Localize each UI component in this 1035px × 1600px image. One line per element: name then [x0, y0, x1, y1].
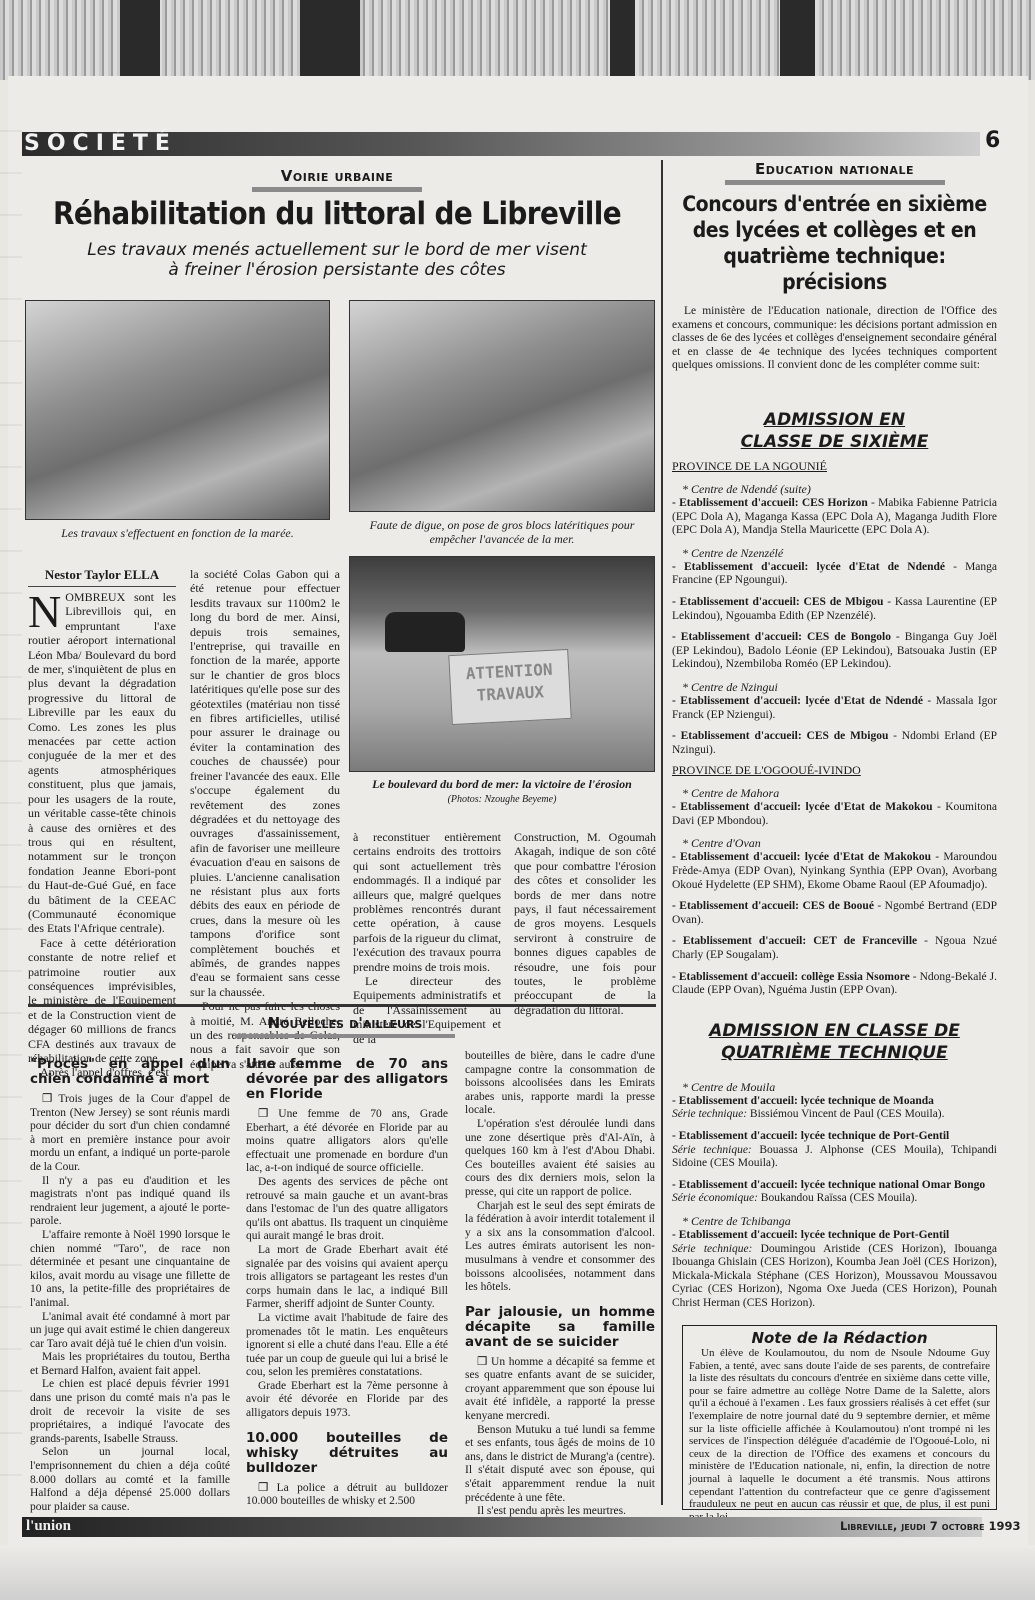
photo-credit: (Photos: Nzoughe Beyeme) [349, 793, 655, 807]
province-heading: PROVINCE DE L'OGOOUÉ-IVINDO [672, 763, 997, 778]
photo-excavator-shore [25, 300, 330, 520]
paragraph: La victime avait l'habitude de faire des… [246, 1312, 448, 1380]
paragraph: Des agents des services de pêche ont ret… [246, 1176, 448, 1244]
admission-entry: - Etablissement d'accueil: lycée techniq… [672, 1229, 997, 1311]
news-headline: "Procès" en appel d'un chien condamné à … [30, 1057, 230, 1087]
section-label: SOCIÉTÉ [24, 131, 177, 156]
paragraph: L'affaire remonte à Noël 1990 lorsque le… [30, 1229, 230, 1311]
warning-sign: ATTENTION TRAVAUX [448, 649, 571, 725]
news-whisky-and-kenya: bouteilles de bière, dans le cadre d'une… [465, 1050, 655, 1519]
centre-heading: * Centre de Ndendé (suite) [672, 482, 997, 497]
deck-line: Les travaux menés actuellement sur le bo… [22, 240, 652, 260]
title-line: ADMISSION EN [672, 409, 997, 431]
title-line: ADMISSION EN CLASSE DE [672, 1020, 997, 1042]
photo-caption: Faute de digue, on pose de gros blocs la… [349, 518, 655, 546]
etablissement-label: - Etablissement d'accueil: lycée d'Etat … [672, 851, 931, 863]
paragraph: Face à cette détérioration constante de … [28, 936, 176, 1066]
paragraph: la société Colas Gabon qui a été retenue… [190, 567, 340, 999]
nouvelles-header: Nouvelles d'ailleurs [235, 1014, 455, 1038]
photo-laterite-blocks [349, 300, 655, 512]
centre-heading: * Centre de Mouila [672, 1080, 997, 1095]
etablissement-label: - Etablissement d'accueil: lycée techniq… [672, 1095, 934, 1107]
deck-line: à freiner l'érosion persistante des côte… [22, 260, 652, 280]
paragraph: Mais les propriétaires du toutou, Bertha… [30, 1351, 230, 1378]
education-headline: Concours d'entrée en sixième des lycées … [672, 191, 997, 295]
admission-entry: - Etablissement d'accueil: CES de Mbigou… [672, 596, 997, 623]
admission-entry: - Etablissement d'accueil: lycée techniq… [672, 1095, 997, 1122]
etablissement-label: - Etablissement d'accueil: lycée d'Etat … [672, 801, 933, 813]
sixieme-title: ADMISSION EN CLASSE DE SIXIÈME [672, 409, 997, 453]
main-article-header: Voirie urbaine Réhabilitation du littora… [22, 167, 652, 280]
admission-entry: - Etablissement d'accueil: lycée techniq… [672, 1179, 997, 1206]
admission-entry: - Etablissement d'accueil: lycée d'Etat … [672, 801, 997, 828]
nouvelles-kicker: Nouvelles d'ailleurs [235, 1014, 455, 1032]
page-number: 6 [985, 128, 1000, 153]
admission-entry: - Etablissement d'accueil: lycée d'Etat … [672, 561, 997, 588]
serie-label: Série technique: [672, 1144, 752, 1156]
paragraph: ❒ Trois juges de la Cour d'appel de Tren… [30, 1093, 230, 1175]
paragraph: ❒ La police a détruit au bulldozer 10.00… [246, 1482, 448, 1509]
education-intro: Le ministère de l'Education nationale, d… [672, 305, 997, 373]
quatrieme-title: ADMISSION EN CLASSE DE QUATRIÈME TECHNIQ… [672, 1020, 997, 1064]
note-text: Un élève de Koulamoutou, du nom de Nsoul… [689, 1347, 990, 1523]
paragraph: bouteilles de bière, dans le cadre d'une… [465, 1050, 655, 1118]
paragraph: Grade Eberhart est la 7ème personne à av… [246, 1380, 448, 1421]
article-headline: Réhabilitation du littoral de Libreville [22, 196, 652, 232]
admission-entry: - Etablissement d'accueil: lycée d'Etat … [672, 695, 997, 722]
note-title: Note de la Rédaction [689, 1329, 990, 1347]
paragraph: Charjah est le seul des sept émirats de … [465, 1200, 655, 1295]
admission-entry: - Etablissement d'accueil: collège Essia… [672, 971, 997, 998]
etablissement-label: - Etablissement d'accueil: CES de Mbigou [672, 596, 883, 608]
serie-label: Série technique: [672, 1243, 752, 1255]
province-heading: PROVINCE DE LA NGOUNIÉ [672, 459, 997, 474]
serie-label: Série économique: [672, 1192, 758, 1204]
title-line: QUATRIÈME TECHNIQUE [672, 1042, 997, 1064]
car-image [385, 612, 465, 652]
section-divider [28, 1004, 656, 1007]
news-alligators: Une femme de 70 ans dévorée par des alli… [246, 1057, 448, 1509]
etablissement-label: - Etablissement d'accueil: CES de Mbigou [672, 730, 888, 742]
admission-entry: - Etablissement d'accueil: CET de France… [672, 935, 997, 962]
admission-entry: - Etablissement d'accueil: lycée techniq… [672, 1130, 997, 1171]
paragraph: Benson Mutuku a tué lundi sa femme et se… [465, 1424, 655, 1506]
scan-bottom-edge [0, 1545, 1035, 1600]
etablissement-label: - Etablissement d'accueil: lycée techniq… [672, 1179, 985, 1191]
title-line: CLASSE DE SIXIÈME [672, 431, 997, 453]
article-deck: Les travaux menés actuellement sur le bo… [22, 240, 652, 280]
centre-heading: * Centre de Tchibanga [672, 1214, 997, 1229]
education-section: Education nationale Concours d'entrée en… [672, 160, 997, 1311]
admission-entry: - Etablissement d'accueil: CES de Mbigou… [672, 730, 997, 757]
news-dog-trial: "Procès" en appel d'un chien condamné à … [30, 1057, 230, 1514]
paragraph: ❒ Un homme a décapité sa femme et ses qu… [465, 1356, 655, 1424]
article-kicker: Voirie urbaine [22, 167, 652, 185]
newspaper-logo: l'union [26, 1518, 71, 1535]
etablissement-label: - Etablissement d'accueil: CES de Booué [672, 900, 874, 912]
centre-heading: * Centre d'Ovan [672, 836, 997, 851]
photo-caption: Les travaux s'effectuent en fonction de … [25, 526, 330, 540]
news-headline: 10.000 bouteilles de whisky détruites au… [246, 1431, 448, 1476]
etablissement-label: - Etablissement d'accueil: CES de Bongol… [672, 631, 891, 643]
photo-boulevard-erosion: ATTENTION TRAVAUX [349, 556, 655, 772]
admission-entry: - Etablissement d'accueil: CES Horizon -… [672, 497, 997, 538]
centre-heading: * Centre de Nzenzélé [672, 546, 997, 561]
paragraph: Construction, M. Ogoumah Akagah, indique… [514, 830, 656, 1017]
kicker-underline [252, 187, 422, 192]
etablissement-label: - Etablissement d'accueil: lycée techniq… [672, 1130, 949, 1142]
etablissement-label: - Etablissement d'accueil: lycée d'Etat … [672, 561, 945, 573]
paragraph: Il n'y a pas eu d'audition et les magist… [30, 1175, 230, 1229]
admission-entry: - Etablissement d'accueil: lycée d'Etat … [672, 851, 997, 892]
student-names: Bissiémou Vincent de Paul (CES Mouila). [747, 1108, 944, 1120]
paragraph: à reconstituer entièrement certains endr… [353, 830, 501, 974]
paragraph: Le chien est placé depuis février 1991 d… [30, 1378, 230, 1446]
admission-entry: - Etablissement d'accueil: CES de Booué … [672, 900, 997, 927]
photo-caption: Le boulevard du bord de mer: la victoire… [349, 777, 655, 791]
paragraph: La mort de Grade Eberhart avait été sign… [246, 1244, 448, 1312]
column-divider [661, 160, 663, 1505]
centre-heading: * Centre de Mahora [672, 786, 997, 801]
note-redaction-box: Note de la Rédaction Un élève de Koulamo… [682, 1325, 997, 1510]
article-column-2: la société Colas Gabon qui a été retenue… [190, 567, 340, 1071]
news-headline: Une femme de 70 ans dévorée par des alli… [246, 1057, 448, 1102]
kicker-underline [235, 1034, 455, 1038]
article-column-1: Nestor Taylor ELLA NOMBREUX sont les Lib… [28, 567, 176, 1080]
etablissement-label: - Etablissement d'accueil: collège Essia… [672, 971, 910, 983]
admission-entry: - Etablissement d'accueil: CES de Bongol… [672, 631, 997, 672]
news-headline: Par jalousie, un homme décapite sa famil… [465, 1305, 655, 1350]
scan-top-edge [0, 0, 1035, 80]
education-kicker: Education nationale [672, 160, 997, 178]
footer-bar [22, 1517, 982, 1537]
paragraph: ❒ Une femme de 70 ans, Grade Eberhart, a… [246, 1108, 448, 1176]
etablissement-label: - Etablissement d'accueil: CET de France… [672, 935, 917, 947]
centre-heading: * Centre de Nzingui [672, 680, 997, 695]
article-column-4: Construction, M. Ogoumah Akagah, indique… [514, 830, 656, 1017]
student-names: Boukandou Raïssa (CES Mouila). [758, 1192, 917, 1204]
serie-label: Série technique: [672, 1108, 747, 1120]
byline: Nestor Taylor ELLA [28, 567, 176, 587]
etablissement-label: - Etablissement d'accueil: lycée techniq… [672, 1229, 949, 1241]
paragraph: OMBREUX sont les Librevillois qui, en em… [28, 590, 176, 935]
paragraph: L'opération s'est déroulée lundi dans un… [465, 1118, 655, 1200]
drop-cap: N [28, 592, 61, 632]
paragraph: L'animal avait été condamné à mort par u… [30, 1311, 230, 1352]
kicker-underline [725, 180, 945, 185]
dateline: Libreville, jeudi 7 octobre 1993 [840, 1519, 1020, 1533]
etablissement-label: - Etablissement d'accueil: lycée d'Etat … [672, 695, 923, 707]
page-margin [0, 90, 22, 1510]
paragraph: Selon un journal local, l'emprisonnement… [30, 1446, 230, 1514]
etablissement-label: - Etablissement d'accueil: CES Horizon [672, 497, 868, 509]
